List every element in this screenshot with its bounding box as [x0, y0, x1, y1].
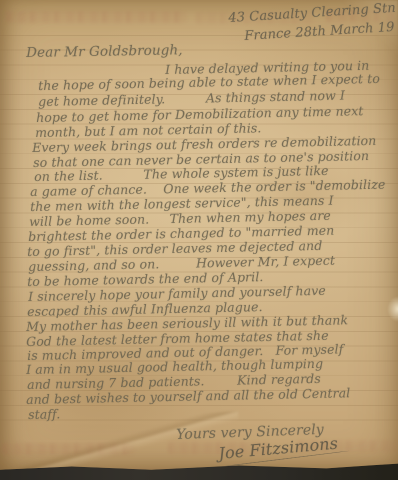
scanned-letter: 43 Casualty Clearing Stn France 28th Mar…	[0, 0, 398, 480]
ghost-print-band	[6, 11, 186, 23]
letter-paper: 43 Casualty Clearing Stn France 28th Mar…	[0, 0, 398, 475]
letter-salutation: Dear Mr Goldsbrough,	[26, 43, 183, 60]
paper-tear	[387, 296, 398, 322]
letter-line: staff.	[28, 407, 61, 422]
